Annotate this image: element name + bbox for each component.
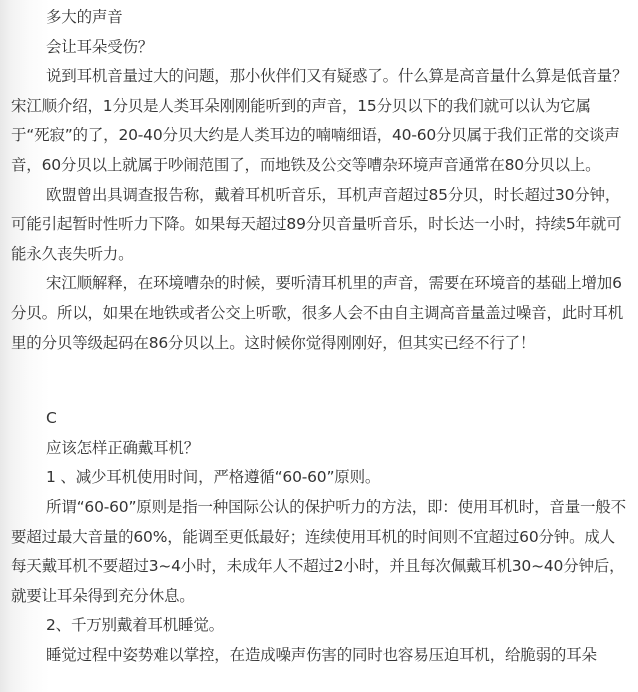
section-heading-line-2: 会让耳朵受伤？ xyxy=(11,33,629,63)
paragraph-sleeping: 睡觉过程中姿势难以掌控，在造成噪声伤害的同时也容易压迫耳机，给脆弱的耳朵 xyxy=(11,641,629,671)
article-body: 多大的声音 会让耳朵受伤？ 说到耳机音量过大的问题，那小伙伴们又有疑惑了。什么算… xyxy=(11,3,629,670)
tip-2-heading: 2、千万别戴着耳机睡觉。 xyxy=(11,611,629,641)
paragraph-decibel-levels: 说到耳机音量过大的问题，那小伙伴们又有疑惑了。什么算是高音量什么算是低音量？宋江… xyxy=(11,62,629,180)
tip-1-heading: 1 、减少耳机使用时间，严格遵循“60-60”原则。 xyxy=(11,463,629,493)
paragraph-noisy-environment: 宋江顺解释，在环境嘈杂的时候，要听清耳机里的声音，需要在环境音的基础上增加6分贝… xyxy=(11,269,629,358)
paragraph-eu-report: 欧盟曾出具调查报告称，戴着耳机听音乐，耳机声音超过85分贝，时长超过30分钟，可… xyxy=(11,181,629,270)
section-heading-line-1: 多大的声音 xyxy=(11,3,629,33)
section-spacer xyxy=(11,358,629,404)
paragraph-60-60-rule: 所谓“60-60”原则是指一种国际公认的保护听力的方法，即：使用耳机时，音量一般… xyxy=(11,493,629,611)
section-heading-how-to-wear: 应该怎样正确戴耳机？ xyxy=(11,434,629,464)
section-marker: C xyxy=(11,404,629,434)
